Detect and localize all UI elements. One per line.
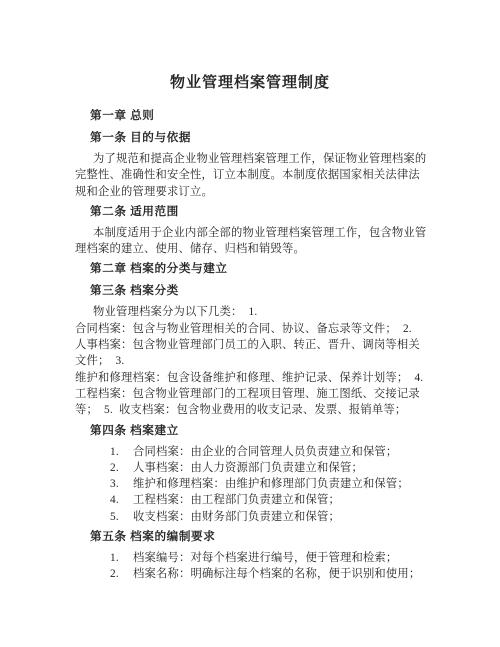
paragraph-line: 文件； 3. [75,353,425,369]
paragraph-line: 等； 5. 收支档案：包含物业费用的收支记录、发票、报销单等； [75,402,425,418]
paragraph-line: 工程档案：包含物业管理部门的工程项目管理、施工图纸、交接记录 [75,386,425,402]
document-title: 物业管理档案管理制度 [75,73,425,93]
paragraph-line: 人事档案：包含物业管理部门员工的入职、转正、晋升、调岗等相关 [75,337,425,353]
list-item-text: 收支档案：由财务部门负责建立和保管； [133,509,340,525]
paragraph-line: 维护和修理档案：包含设备维护和修理、维护记录、保养计划等； 4. [75,370,425,386]
list-item-text: 档案编号：对每个档案进行编号，便于管理和检索； [133,550,397,566]
paragraph-line: 为了规范和提高企业物业管理档案管理工作，保证物业管理档案的 [75,151,425,167]
article-heading-1: 第一条 目的与依据 [90,129,425,146]
list-item: 1. 合同档案：由企业的合同管理人员负责建立和保管； [75,444,425,460]
paragraph-line: 规和企业的管理要求订立。 [75,184,425,200]
numbered-list-establishment: 1. 合同档案：由企业的合同管理人员负责建立和保管； 2. 人事档案：由人力资源… [75,444,425,525]
paragraph-line: 本制度适用于企业内部全部的物业管理档案管理工作，包含物业管 [75,225,425,241]
list-item: 2. 档案名称：明确标注每个档案的名称，便于识别和使用； [75,566,425,582]
list-item-text: 人事档案：由人力资源部门负责建立和保管； [133,460,363,476]
article-heading-5: 第五条 档案的编制要求 [90,528,425,545]
paragraph-classification: 物业管理档案分为以下几类： 1. 合同档案：包含与物业管理相关的合同、协议、备忘… [75,304,425,418]
paragraph-scope: 本制度适用于企业内部全部的物业管理档案管理工作，包含物业管 理档案的建立、使用、… [75,225,425,258]
list-item: 5. 收支档案：由财务部门负责建立和保管； [75,509,425,525]
chapter-heading-1: 第一章 总则 [90,107,425,124]
list-item-number: 1. [110,444,133,460]
paragraph-line: 物业管理档案分为以下几类： 1. [75,304,425,320]
numbered-list-compilation: 1. 档案编号：对每个档案进行编号，便于管理和检索； 2. 档案名称：明确标注每… [75,550,425,583]
list-item: 1. 档案编号：对每个档案进行编号，便于管理和检索； [75,550,425,566]
article-heading-3: 第三条 档案分类 [90,282,425,299]
list-item-text: 工程档案：由工程部门负责建立和保管； [133,492,340,508]
article-heading-2: 第二条 适用范围 [90,203,425,220]
list-item-number: 3. [110,476,133,492]
paragraph-line: 合同档案：包含与物业管理相关的合同、协议、备忘录等文件； 2. [75,321,425,337]
list-item-text: 合同档案：由企业的合同管理人员负责建立和保管； [133,444,397,460]
list-item-number: 5. [110,509,133,525]
list-item: 3. 维护和修理档案：由维护和修理部门负责建立和保管； [75,476,425,492]
list-item-text: 维护和修理档案：由维护和修理部门负责建立和保管； [133,476,409,492]
list-item-text: 档案名称：明确标注每个档案的名称，便于识别和使用； [133,566,420,582]
paragraph-line: 理档案的建立、使用、储存、归档和销毁等。 [75,241,425,257]
paragraph-purpose: 为了规范和提高企业物业管理档案管理工作，保证物业管理档案的 完整性、准确性和安全… [75,151,425,200]
list-item-number: 2. [110,460,133,476]
list-item: 4. 工程档案：由工程部门负责建立和保管； [75,492,425,508]
paragraph-line: 完整性、准确性和安全性，订立本制度。本制度依据国家相关法律法 [75,167,425,183]
document-page: 物业管理档案管理制度 第一章 总则 第一条 目的与依据 为了规范和提高企业物业管… [0,0,500,647]
list-item-number: 1. [110,550,133,566]
list-item: 2. 人事档案：由人力资源部门负责建立和保管； [75,460,425,476]
chapter-heading-2: 第二章 档案的分类与建立 [90,260,425,277]
article-heading-4: 第四条 档案建立 [90,422,425,439]
list-item-number: 2. [110,566,133,582]
list-item-number: 4. [110,492,133,508]
